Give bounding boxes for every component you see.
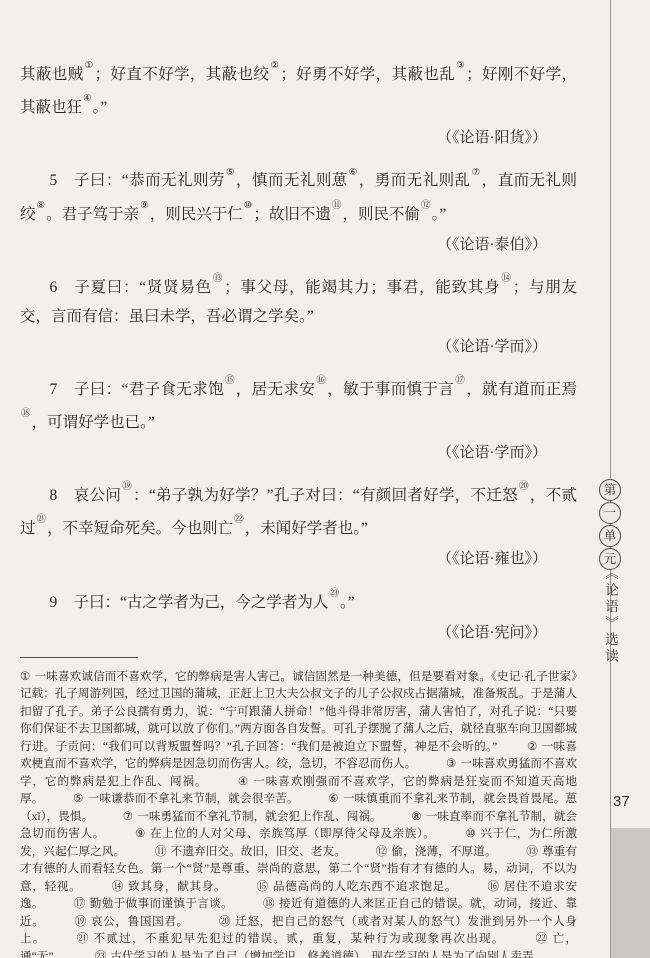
corner-shade-box xyxy=(611,828,650,958)
footnote-text: 一味喜欢诚信而不喜欢学，它的弊病是害人害己。诚信固然是一种美德，但是要看对象。《… xyxy=(20,670,577,753)
footnote-text: 古代学习的人是为了自己（增加学识、修养道德），现在学习的人是为了向别人卖弄。 xyxy=(110,950,545,958)
footnote-number: ⑭ xyxy=(112,880,124,893)
footnote-number: ⑲ xyxy=(75,915,87,928)
footnote-number: ⑳ xyxy=(219,915,231,928)
unit-character-circle: 第 xyxy=(599,479,621,501)
passage-source: （《论语·学而》） xyxy=(20,333,577,362)
footnote-number: ㉒ xyxy=(536,932,549,945)
footnote-number: ⑫ xyxy=(376,845,388,858)
source-label: （《论语·学而》） xyxy=(437,339,547,355)
footnote-text: 一味勇猛而不拿礼节制，就会犯上作乱、闯祸。 xyxy=(137,810,381,823)
source-label: （《论语·宪问》） xyxy=(437,625,547,641)
passage-number: 6 xyxy=(49,279,57,296)
passage-text: 哀公问⑲：“弟子孰为好学？”孔子对曰：“有颜回者好学，不迁怒⑳，不贰过㉑，不幸短… xyxy=(20,487,577,537)
page-number: 37 xyxy=(613,793,630,810)
passage-number: 9 xyxy=(49,594,57,611)
passage: 6子夏曰：“贤贤易色⑬；事父母，能竭其力；事君，能致其身⑭；与朋友交，言而有信：… xyxy=(20,269,577,331)
passage: 8哀公问⑲：“弟子孰为好学？”孔子对曰：“有颜回者好学，不迁怒⑳，不贰过㉑，不幸… xyxy=(20,477,577,543)
footnote-number: ⑰ xyxy=(74,897,86,910)
source-label: （《论语·泰伯》） xyxy=(437,237,547,253)
source-label: （《论语·阳货》） xyxy=(437,130,547,146)
footnote-number: ⑪ xyxy=(155,845,167,858)
footnote-text: 不遗弃旧交。故旧，旧交、老友。 xyxy=(171,845,346,858)
footnote-number: ㉑ xyxy=(77,932,90,945)
footnote: ⑭致其身，献其身。 xyxy=(112,880,227,893)
footnote: ⑨在上位的人对父母、亲族笃厚（即厚待父母及亲族）。 xyxy=(135,827,435,840)
footnote-text: 勤勉于做事而谨慎于言谈。 xyxy=(90,897,233,910)
series-title-vertical: 《论语》选读 xyxy=(600,566,620,665)
passage-text: 子曰：“古之学者为己，今之学者为人㉓。” xyxy=(73,594,354,611)
footnote-text: 在上位的人对父母、亲族笃厚（即厚待父母及亲族）。 xyxy=(150,827,435,840)
footnote: ⑪不遗弃旧交。故旧，旧交、老友。 xyxy=(155,845,346,858)
passage: 7子曰：“君子食无求饱⑮，居无求安⑯，敏于事而慎于言⑰，就有道而正焉⑱，可谓好学… xyxy=(20,371,577,437)
passage-number: 5 xyxy=(49,172,57,189)
source-label: （《论语·雍也》） xyxy=(437,551,547,567)
passage-text: 其蔽也贼①；好直不好学，其蔽也绞②；好勇不好学，其蔽也乱③；好刚不好学，其蔽也狂… xyxy=(20,66,577,116)
main-content: 其蔽也贼①；好直不好学，其蔽也绞②；好勇不好学，其蔽也乱③；好刚不好学，其蔽也狂… xyxy=(20,56,577,958)
footnote-text: 致其身，献其身。 xyxy=(128,880,226,893)
footnote-text: 偷，浇薄，不厚道。 xyxy=(391,845,496,858)
footnote-text: 不贰过，不重犯早先犯过的错误。贰，重复，某种行为或现象再次出现。 xyxy=(93,932,504,945)
footnote: ㉓古代学习的人是为了自己（增加学识、修养道德），现在学习的人是为了向别人卖弄。 xyxy=(95,950,545,958)
footnote-divider xyxy=(20,657,138,658)
passages-list: 5子曰：“恭而无礼则劳⑤，慎而无礼则葸⑥，勇而无礼则乱⑦，直而无礼则绞⑧。君子笃… xyxy=(20,162,577,647)
unit-badge: 第 一 单 元 xyxy=(599,479,621,570)
footnote: ⑲哀公，鲁国国君。 xyxy=(75,915,189,928)
footnote-number: ⑨ xyxy=(135,827,146,840)
footnote-number: ⑩ xyxy=(465,827,476,840)
unit-character-circle: 单 xyxy=(599,525,621,547)
passage: 5子曰：“恭而无礼则劳⑤，慎而无礼则葸⑥，勇而无礼则乱⑦，直而无礼则绞⑧。君子笃… xyxy=(20,162,577,228)
footnote-text: 品德高尚的人吃东西不追求饱足。 xyxy=(273,880,457,893)
passage-number: 8 xyxy=(49,487,57,504)
footnote-text: 哀公，鲁国国君。 xyxy=(91,915,189,928)
footnote: ⑤一味谦恭而不拿礼来节制，就会很辛苦。 xyxy=(73,792,298,805)
footnotes-block: ①一味喜欢诚信而不喜欢学，它的弊病是害人害己。诚信固然是一种美德，但是要看对象。… xyxy=(20,668,577,958)
footnote: ⑫偷，浇薄，不厚道。 xyxy=(376,845,497,858)
source-label: （《论语·学而》） xyxy=(437,445,547,461)
footnote: ⑮品德高尚的人吃东西不追求饱足。 xyxy=(257,880,458,893)
footnote: ㉑不贰过，不重犯早先犯过的错误。贰，重复，某种行为或现象再次出现。 xyxy=(77,932,505,945)
footnote-number: ⑦ xyxy=(123,810,133,823)
passage-source: （《论语·泰伯》） xyxy=(20,231,577,260)
unit-character-circle: 一 xyxy=(599,502,621,524)
footnote-number: ④ xyxy=(238,775,249,788)
footnote: ①一味喜欢诚信而不喜欢学，它的弊病是害人害己。诚信固然是一种美德，但是要看对象。… xyxy=(20,670,577,753)
footnote: ⑦一味勇猛而不拿礼节制，就会犯上作乱、闯祸。 xyxy=(123,810,382,823)
footnote-number: ③ xyxy=(446,757,456,770)
passage-source: （《论语·学而》） xyxy=(20,439,577,468)
passage-continuation: 其蔽也贼①；好直不好学，其蔽也绞②；好勇不好学，其蔽也乱③；好刚不好学，其蔽也狂… xyxy=(20,56,577,122)
footnote-number: ⑤ xyxy=(73,792,84,805)
footnote-number: ⑧ xyxy=(411,810,421,823)
footnote-number: ① xyxy=(20,670,31,683)
passage-number: 7 xyxy=(49,381,57,398)
footnote: ⑰勤勉于做事而谨慎于言谈。 xyxy=(74,897,233,910)
footnote-number: ㉓ xyxy=(95,950,107,958)
passage-text: 子曰：“恭而无礼则劳⑤，慎而无礼则葸⑥，勇而无礼则乱⑦，直而无礼则绞⑧。君子笃于… xyxy=(20,172,577,222)
passage-source: （《论语·宪问》） xyxy=(20,619,577,648)
passage-text: 子夏曰：“贤贤易色⑬；事父母，能竭其力；事君，能致其身⑭；与朋友交，言而有信：虽… xyxy=(20,279,577,325)
footnote-number: ② xyxy=(527,740,538,753)
footnote-number: ⑯ xyxy=(488,880,500,893)
passage-text: 子曰：“君子食无求饱⑮，居无求安⑯，敏于事而慎于言⑰，就有道而正焉⑱，可谓好学也… xyxy=(20,381,577,431)
passage-source: （《论语·阳货》） xyxy=(20,124,577,153)
footnote-number: ⑬ xyxy=(526,845,538,858)
passage-source: （《论语·雍也》） xyxy=(20,545,577,574)
footnote-text: 一味谦恭而不拿礼来节制，就会很辛苦。 xyxy=(88,792,299,805)
footnote-number: ⑮ xyxy=(257,880,269,893)
passage: 9子曰：“古之学者为己，今之学者为人㉓。” xyxy=(20,583,577,616)
footnote-number: ⑱ xyxy=(263,897,275,910)
footnote-number: ⑥ xyxy=(328,792,339,805)
